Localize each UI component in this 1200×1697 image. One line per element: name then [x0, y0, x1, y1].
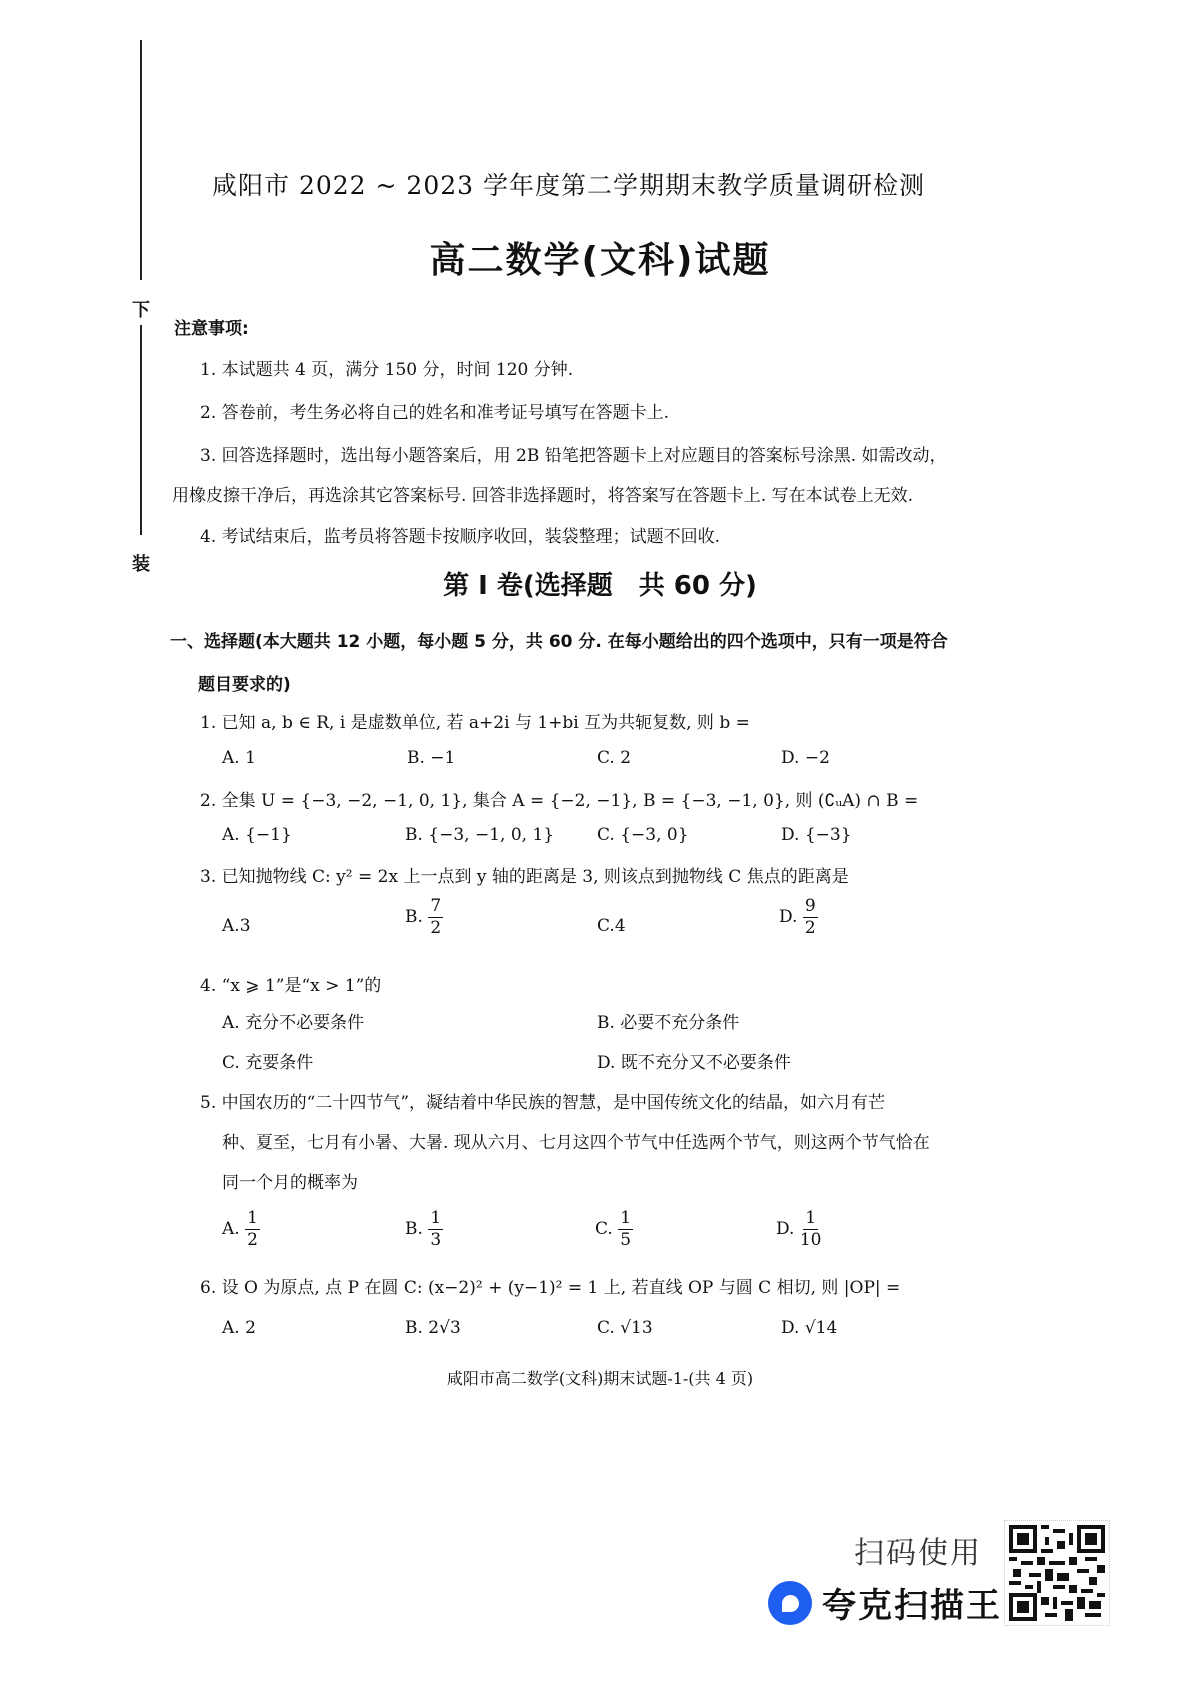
q5-option-d: D. 110	[776, 1210, 821, 1249]
q3-option-d: D. 92	[779, 898, 818, 937]
option-value: 3	[240, 916, 251, 936]
q1-option-b: B. −1	[407, 748, 455, 768]
question-4: 4. “x ⩾ 1”是“x > 1”的	[200, 971, 381, 996]
option-label: C.	[595, 1219, 613, 1239]
page-title: 高二数学(文科)试题	[0, 232, 1200, 283]
question-5: 5. 中国农历的“二十四节气”，凝结着中华民族的智慧，是中国传统文化的结晶，如六…	[200, 1088, 885, 1113]
part-heading: 一、选择题(本大题共 12 小题，每小题 5 分，共 60 分. 在每小题给出的…	[170, 627, 948, 652]
part-heading-cont: 题目要求的)	[198, 670, 291, 695]
qr-code[interactable]	[1004, 1520, 1110, 1626]
page-footer: 咸阳市高二数学(文科)期末试题-1-(共 4 页)	[0, 1366, 1200, 1389]
notice-item-3: 3. 回答选择题时，选出每小题答案后，用 2B 铅笔把答题卡上对应题目的答案标号…	[200, 441, 947, 466]
q5-option-b: B. 13	[405, 1210, 443, 1249]
q2-option-d: D. {−3}	[781, 825, 852, 845]
question-5-line-3: 同一个月的概率为	[222, 1168, 358, 1193]
q4-option-d: D. 既不充分又不必要条件	[597, 1048, 791, 1073]
notice-heading: 注意事项:	[174, 314, 249, 339]
fraction: 12	[245, 1210, 260, 1249]
q5-option-c: C. 15	[595, 1210, 633, 1249]
q2-option-b: B. {−3, −1, 0, 1}	[405, 825, 554, 845]
option-value: 4	[615, 916, 626, 936]
q3-option-c: C.4	[597, 916, 626, 936]
fraction: 92	[803, 898, 818, 937]
notice-item-1: 1. 本试题共 4 页，满分 150 分，时间 120 分钟.	[200, 355, 573, 380]
option-label: C.	[597, 916, 615, 936]
notice-item-3-cont: 用橡皮擦干净后，再选涂其它答案标号. 回答非选择题时，将答案写在答题卡上. 写在…	[172, 481, 913, 506]
q2-option-a: A. {−1}	[222, 825, 292, 845]
q4-option-c: C. 充要条件	[222, 1048, 313, 1073]
exam-subtitle: 咸阳市 2022 ~ 2023 学年度第二学期期末教学质量调研检测	[212, 166, 925, 202]
fraction: 72	[428, 898, 443, 937]
option-label: B.	[405, 907, 423, 927]
q5-option-a: A. 12	[222, 1210, 260, 1249]
brand-name: 夸克扫描王	[822, 1578, 1002, 1627]
q6-option-d: D. √14	[781, 1318, 837, 1338]
option-label: A.	[222, 916, 240, 936]
qr-code-icon	[1009, 1525, 1105, 1621]
q1-option-a: A. 1	[222, 748, 256, 768]
q3-option-a: A.3	[222, 916, 251, 936]
fraction: 110	[800, 1210, 822, 1249]
question-2: 2. 全集 U = {−3, −2, −1, 0, 1}, 集合 A = {−2…	[200, 786, 918, 811]
question-1: 1. 已知 a, b ∈ R, i 是虚数单位, 若 a+2i 与 1+bi 互…	[200, 708, 750, 733]
q2-option-c: C. {−3, 0}	[597, 825, 689, 845]
q4-option-a: A. 充分不必要条件	[222, 1008, 364, 1033]
q1-option-d: D. −2	[781, 748, 830, 768]
binding-label-top: 下	[132, 296, 150, 322]
binding-line-bottom	[140, 325, 142, 535]
option-label: D.	[776, 1219, 794, 1239]
scanner-brand: 夸克扫描王	[768, 1578, 1002, 1627]
question-3: 3. 已知抛物线 C: y² = 2x 上一点到 y 轴的距离是 3, 则该点到…	[200, 862, 849, 887]
q6-option-a: A. 2	[222, 1318, 256, 1338]
question-6: 6. 设 O 为原点, 点 P 在圆 C: (x−2)² + (y−1)² = …	[200, 1273, 900, 1298]
option-label: B.	[405, 1219, 423, 1239]
q6-option-c: C. √13	[597, 1318, 653, 1338]
q4-option-b: B. 必要不充分条件	[597, 1008, 739, 1033]
notice-item-2: 2. 答卷前，考生务必将自己的姓名和准考证号填写在答题卡上.	[200, 398, 669, 423]
option-label: A.	[222, 1219, 240, 1239]
q6-option-b: B. 2√3	[405, 1318, 461, 1338]
notice-item-4: 4. 考试结束后，监考员将答题卡按顺序收回，装袋整理；试题不回收.	[200, 522, 720, 547]
fraction: 13	[428, 1210, 443, 1249]
option-label: D.	[779, 907, 797, 927]
question-5-line-2: 种、夏至，七月有小暑、大暑. 现从六月、七月这四个节气中任选两个节气，则这两个节…	[222, 1128, 930, 1153]
q1-option-c: C. 2	[597, 748, 631, 768]
fraction: 15	[618, 1210, 633, 1249]
scan-to-use-label: 扫码使用	[854, 1528, 982, 1572]
section-title: 第 Ⅰ 卷(选择题 共 60 分)	[0, 565, 1200, 602]
quark-logo-icon	[768, 1581, 812, 1625]
q3-option-b: B. 72	[405, 898, 443, 937]
